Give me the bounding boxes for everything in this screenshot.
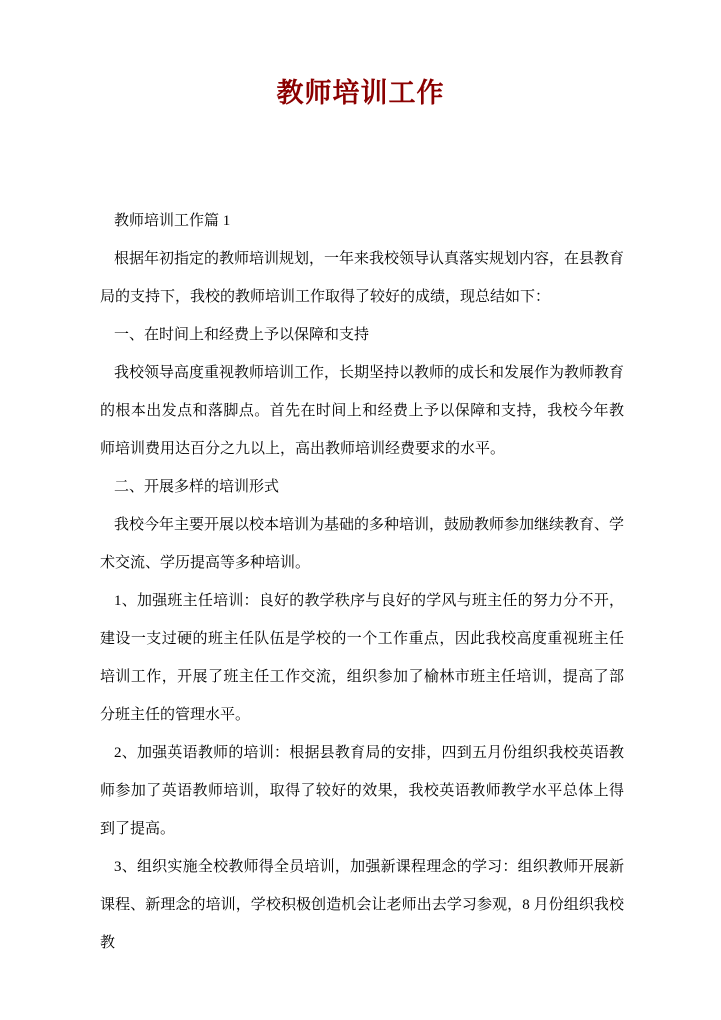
- document-title: 教师培训工作: [0, 76, 721, 111]
- document-paragraph: 2、加强英语教师的培训：根据县教育局的安排，四到五月份组织我校英语教师参加了英语…: [100, 734, 624, 848]
- document-paragraph: 我校领导高度重视教师培训工作，长期坚持以教师的成长和发展作为教师教育的根本出发点…: [100, 354, 624, 468]
- document-paragraph: 3、组织实施全校教师得全员培训，加强新课程理念的学习：组织教师开展新课程、新理念…: [100, 848, 624, 962]
- document-paragraph: 一、在时间上和经费上予以保障和支持: [100, 316, 624, 354]
- document-paragraph: 二、开展多样的培训形式: [100, 468, 624, 506]
- document-paragraph: 1、加强班主任培训：良好的教学秩序与良好的学风与班主任的努力分不开，建设一支过硬…: [100, 582, 624, 734]
- document-paragraph: 我校今年主要开展以校本培训为基础的多种培训，鼓励教师参加继续教育、学术交流、学历…: [100, 506, 624, 582]
- document-paragraph: 教师培训工作篇 1: [100, 202, 624, 240]
- document-page: 教师培训工作 教师培训工作篇 1根据年初指定的教师培训规划，一年来我校领导认真落…: [0, 0, 721, 1020]
- document-body: 教师培训工作篇 1根据年初指定的教师培训规划，一年来我校领导认真落实规划内容，在…: [100, 202, 624, 962]
- document-paragraph: 根据年初指定的教师培训规划，一年来我校领导认真落实规划内容，在县教育局的支持下，…: [100, 240, 624, 316]
